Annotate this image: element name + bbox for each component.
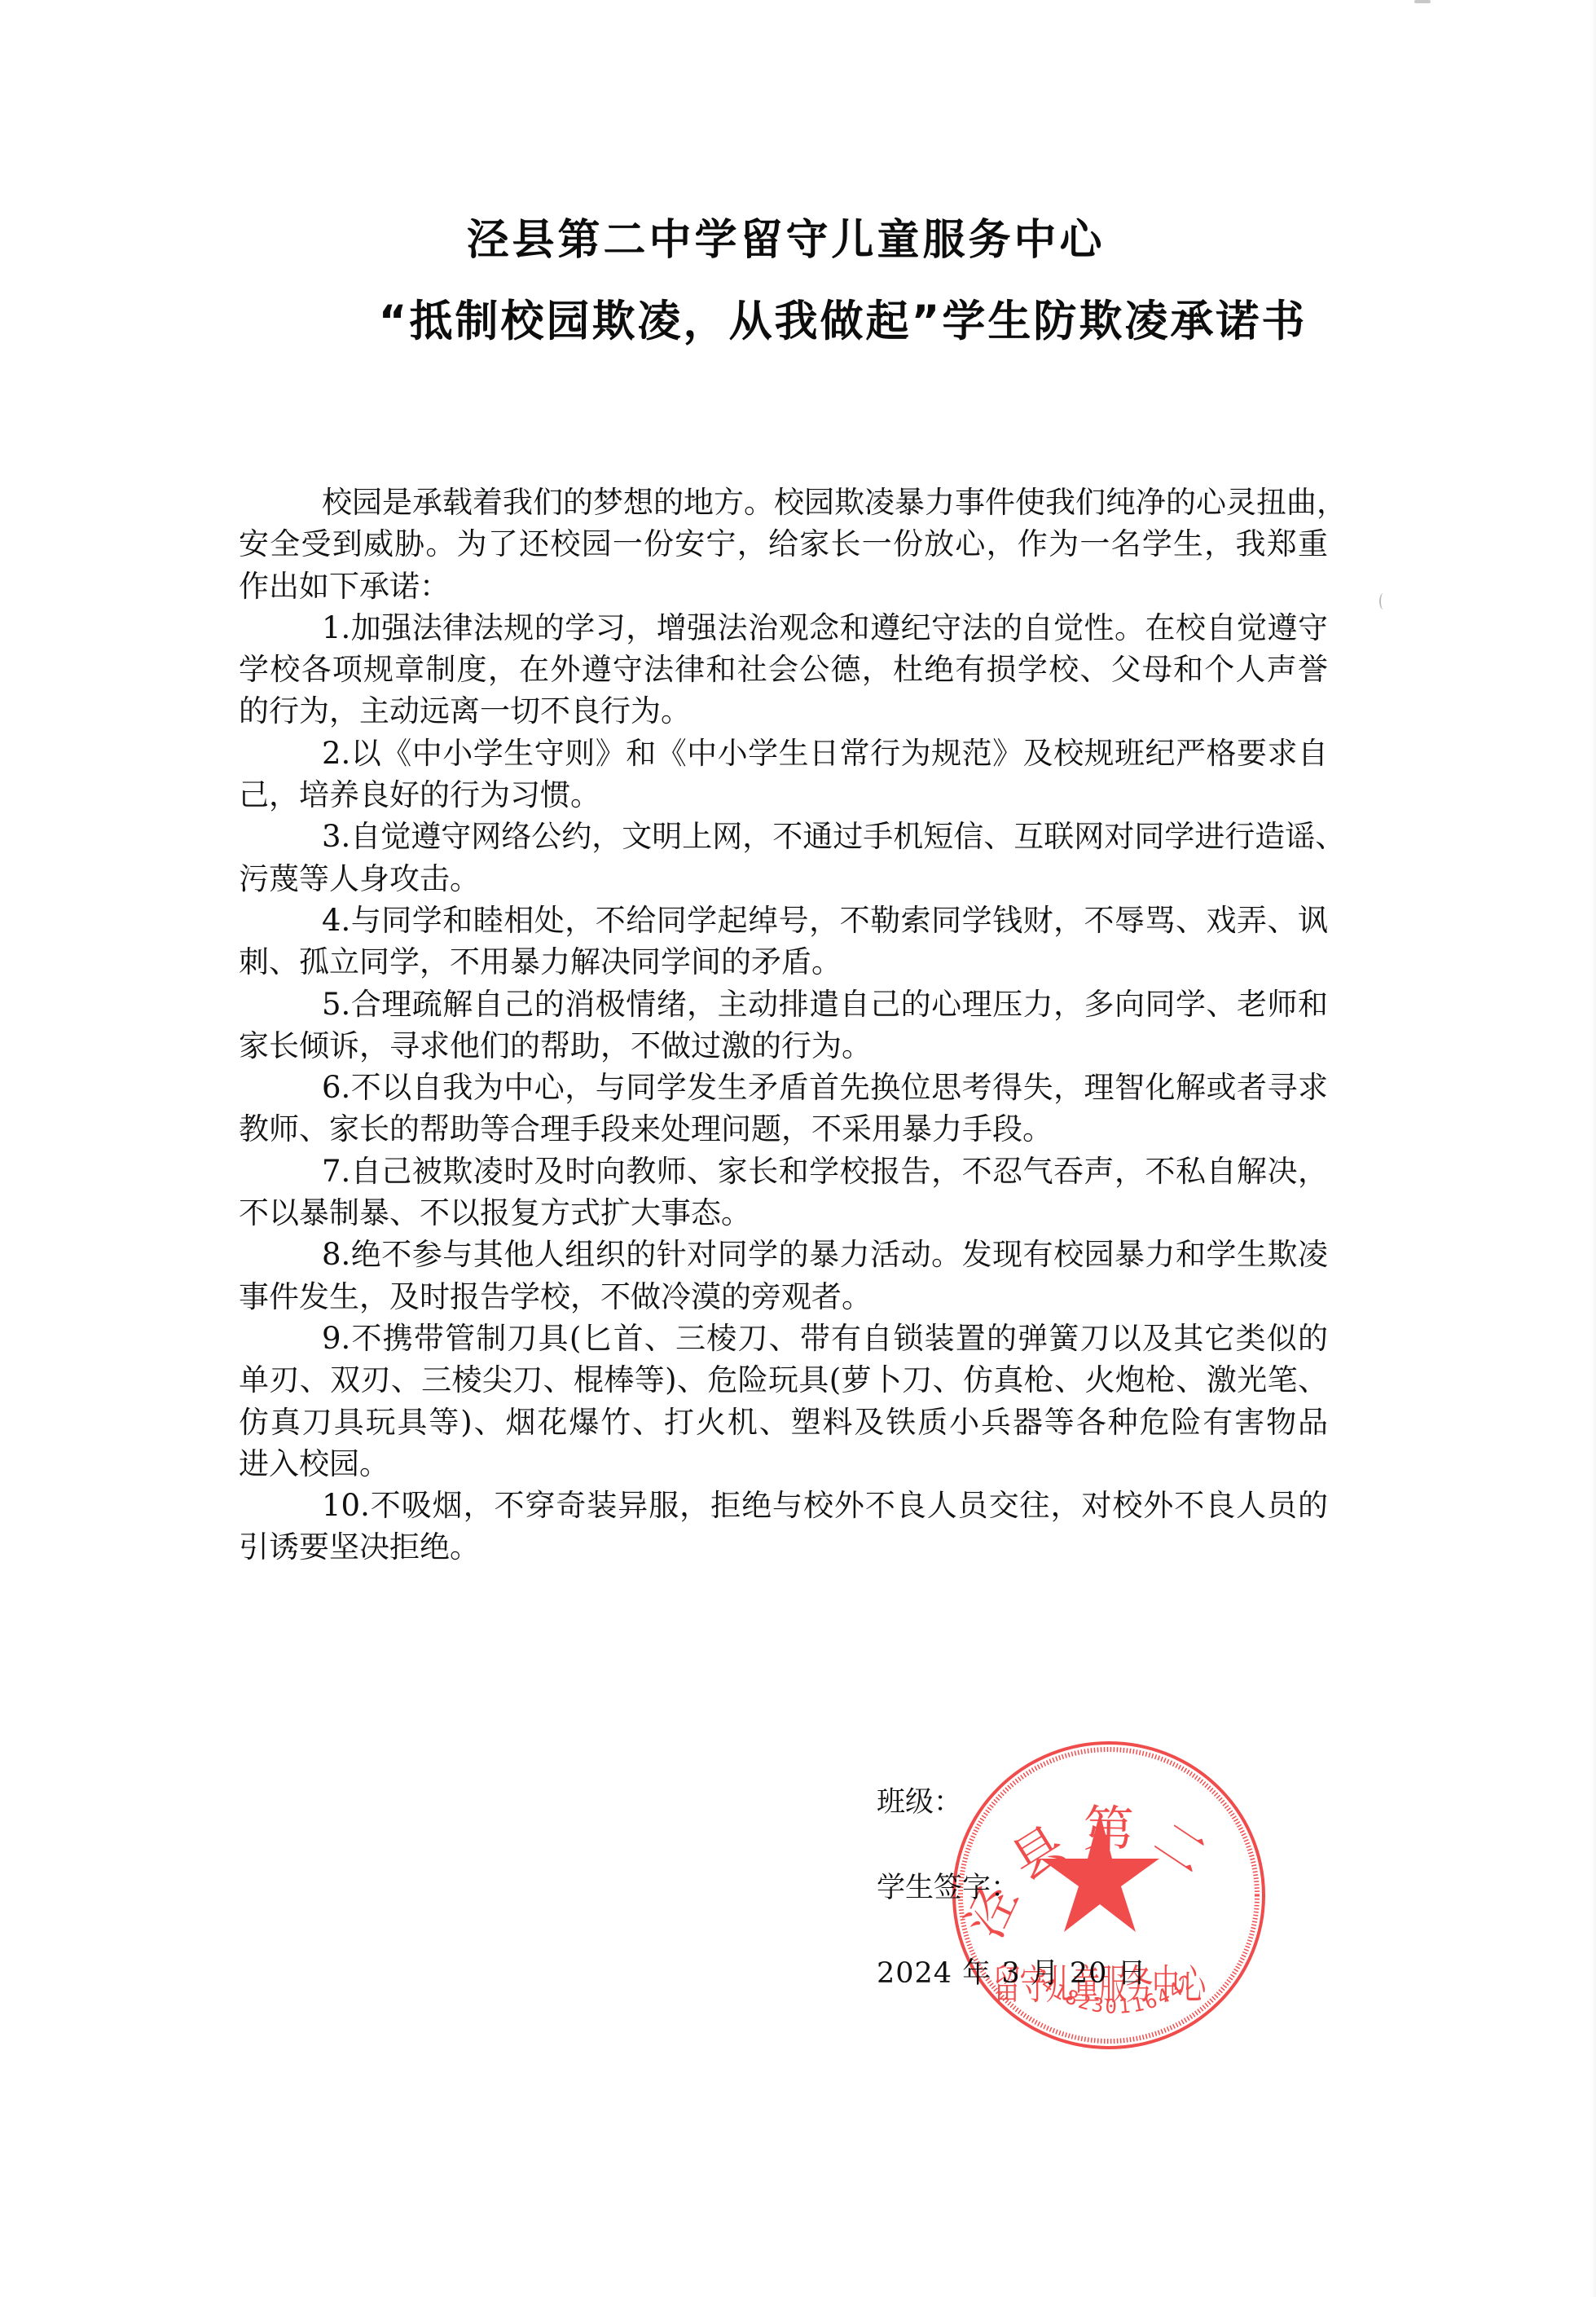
text-line: 3.自觉遵守网络公约，文明上网，不通过手机短信、互联网对同学进行造谣、 [239, 816, 1328, 857]
document-title-pledge: “抵制校园欺凌，从我做起”学生防欺凌承诺书 [45, 287, 1596, 349]
text-line: 7.自己被欺凌时及时向教师、家长和学校报告，不忍气吞声，不私自解决， [239, 1151, 1328, 1192]
text-line: 1.加强法律法规的学习，增强法治观念和遵纪守法的自觉性。在校自觉遵守 [239, 607, 1328, 649]
text-line: 校园是承载着我们的梦想的地方。校园欺凌暴力事件使我们纯净的心灵扭曲， [239, 482, 1328, 523]
text-line: 6.不以自我为中心，与同学发生矛盾首先换位思考得失，理智化解或者寻求 [239, 1067, 1328, 1108]
pledge-item-7: 7.自己被欺凌时及时向教师、家长和学校报告，不忍气吞声，不私自解决，不以暴制暴、… [239, 1151, 1328, 1234]
text-line: 9.不携带管制刀具(匕首、三棱刀、带有自锁装置的弹簧刀以及其它类似的 [239, 1318, 1328, 1359]
text-line: 的行为，主动远离一切不良行为。 [239, 690, 1328, 732]
text-line: 引诱要坚决拒绝。 [239, 1526, 1328, 1568]
text-line: 教师、家长的帮助等合理手段来处理问题，不采用暴力手段。 [239, 1108, 1328, 1150]
text-line: 2.以《中小学生守则》和《中小学生日常行为规范》及校规班纪严格要求自 [239, 733, 1328, 774]
text-line: 家长倾诉，寻求他们的帮助，不做过激的行为。 [239, 1025, 1328, 1067]
text-line: 5.合理疏解自己的消极情绪，主动排遣自己的心理压力，多向同学、老师和 [239, 983, 1328, 1025]
text-line: 学校各项规章制度，在外遵守法律和社会公德，杜绝有损学校、父母和个人声誉 [239, 649, 1328, 690]
text-line: 安全受到威胁。为了还校园一份安宁，给家长一份放心，作为一名学生，我郑重 [239, 523, 1328, 565]
pledge-item-4: 4.与同学和睦相处，不给同学起绰号，不勒索同学钱财，不辱骂、戏弄、讽刺、孤立同学… [239, 900, 1328, 983]
class-field-label: 班级： [877, 1780, 962, 1820]
text-line: 不以暴制暴、不以报复方式扩大事态。 [239, 1192, 1328, 1234]
intro-paragraph: 校园是承载着我们的梦想的地方。校园欺凌暴力事件使我们纯净的心灵扭曲，安全受到威胁… [239, 482, 1328, 607]
text-line: 8.绝不参与其他人组织的针对同学的暴力活动。发现有校园暴力和学生欺凌 [239, 1234, 1328, 1275]
document-title-organization: 泾县第二中学留守儿童服务中心 [0, 205, 1584, 266]
pledge-item-5: 5.合理疏解自己的消极情绪，主动排遣自己的心理压力，多向同学、老师和家长倾诉，寻… [239, 983, 1328, 1067]
pledge-item-10: 10.不吸烟，不穿奇装异服，拒绝与校外不良人员交往，对校外不良人员的引诱要坚决拒… [239, 1485, 1328, 1569]
text-line: 4.与同学和睦相处，不给同学起绰号，不勒索同学钱财，不辱骂、戏弄、讽 [239, 900, 1328, 941]
pledge-item-8: 8.绝不参与其他人组织的针对同学的暴力活动。发现有校园暴力和学生欺凌事件发生，及… [239, 1234, 1328, 1318]
text-line: 作出如下承诺： [239, 565, 1328, 607]
official-seal-stamp: 泾县第二中学 留守儿童服务中心 3418230116442 [951, 1740, 1267, 2051]
text-line: 单刃、双刃、三棱尖刀、棍棒等)、危险玩具(萝卜刀、仿真枪、火炮枪、激光笔、 [239, 1359, 1328, 1401]
text-line: 10.不吸烟，不穿奇装异服，拒绝与校外不良人员交往，对校外不良人员的 [239, 1485, 1328, 1526]
pledge-item-6: 6.不以自我为中心，与同学发生矛盾首先换位思考得失，理智化解或者寻求教师、家长的… [239, 1067, 1328, 1151]
pledge-item-9: 9.不携带管制刀具(匕首、三棱刀、带有自锁装置的弹簧刀以及其它类似的单刃、双刃、… [239, 1318, 1328, 1485]
text-line: 事件发生，及时报告学校，不做冷漠的旁观者。 [239, 1276, 1328, 1318]
text-line: 进入校园。 [239, 1443, 1328, 1485]
pledge-item-3: 3.自觉遵守网络公约，文明上网，不通过手机短信、互联网对同学进行造谣、污蔑等人身… [239, 816, 1328, 900]
document-page: 泾县第二中学留守儿童服务中心 “抵制校园欺凌，从我做起”学生防欺凌承诺书 校园是… [0, 0, 1596, 2297]
scan-artifact [1414, 0, 1431, 3]
text-line: 仿真刀具玩具等)、烟花爆竹、打火机、塑料及铁质小兵器等各种危险有害物品 [239, 1402, 1328, 1443]
pledge-item-1: 1.加强法律法规的学习，增强法治观念和遵纪守法的自觉性。在校自觉遵守学校各项规章… [239, 607, 1328, 733]
text-line: 污蔑等人身攻击。 [239, 858, 1328, 900]
scan-artifact [1379, 593, 1387, 609]
text-line: 己，培养良好的行为习惯。 [239, 774, 1328, 816]
pledge-item-2: 2.以《中小学生守则》和《中小学生日常行为规范》及校规班纪严格要求自己，培养良好… [239, 733, 1328, 816]
text-line: 刺、孤立同学，不用暴力解决同学间的矛盾。 [239, 941, 1328, 983]
document-body: 校园是承载着我们的梦想的地方。校园欺凌暴力事件使我们纯净的心灵扭曲，安全受到威胁… [239, 482, 1328, 1569]
